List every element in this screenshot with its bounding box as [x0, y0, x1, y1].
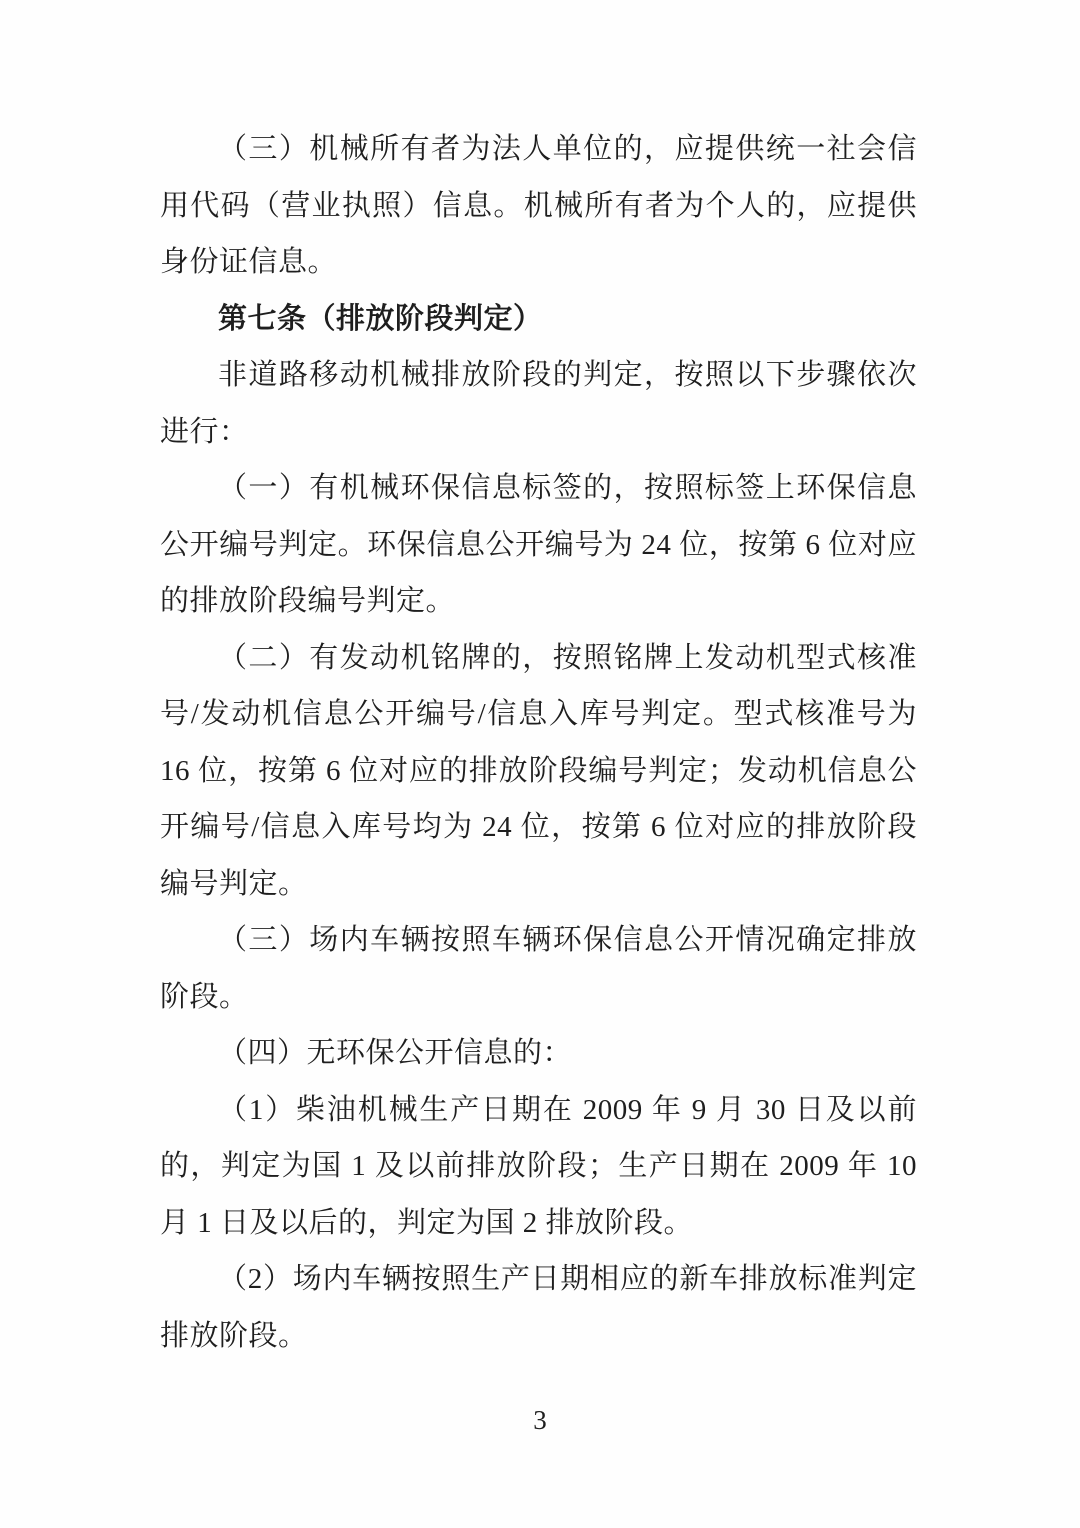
paragraph-intro-steps: 非道路移动机械排放阶段的判定，按照以下步骤依次进行：: [160, 347, 917, 460]
paragraph-item-4-no-public-info: （四）无环保公开信息的：: [160, 1025, 917, 1082]
page-number: 3: [0, 1400, 1080, 1440]
paragraph-item-2-nameplate: （二）有发动机铭牌的，按照铭牌上发动机型式核准号/发动机信息公开编号/信息入库号…: [160, 630, 917, 913]
document-body: （三）机械所有者为法人单位的，应提供统一社会信用代码（营业执照）信息。机械所有者…: [160, 121, 917, 1364]
paragraph-sub-1-diesel-date: （1）柴油机械生产日期在 2009 年 9 月 30 日及以前的，判定为国 1 …: [160, 1082, 917, 1252]
paragraph-sub-2-site-vehicle-standard: （2）场内车辆按照生产日期相应的新车排放标准判定排放阶段。: [160, 1251, 917, 1364]
paragraph-item-3-owner-info: （三）机械所有者为法人单位的，应提供统一社会信用代码（营业执照）信息。机械所有者…: [160, 121, 917, 291]
paragraph-item-3-site-vehicle: （三）场内车辆按照车辆环保信息公开情况确定排放阶段。: [160, 912, 917, 1025]
article-7-heading: 第七条（排放阶段判定）: [160, 291, 917, 348]
document-page: （三）机械所有者为法人单位的，应提供统一社会信用代码（营业执照）信息。机械所有者…: [0, 0, 1080, 1528]
paragraph-item-1-label: （一）有机械环保信息标签的，按照标签上环保信息公开编号判定。环保信息公开编号为 …: [160, 460, 917, 630]
